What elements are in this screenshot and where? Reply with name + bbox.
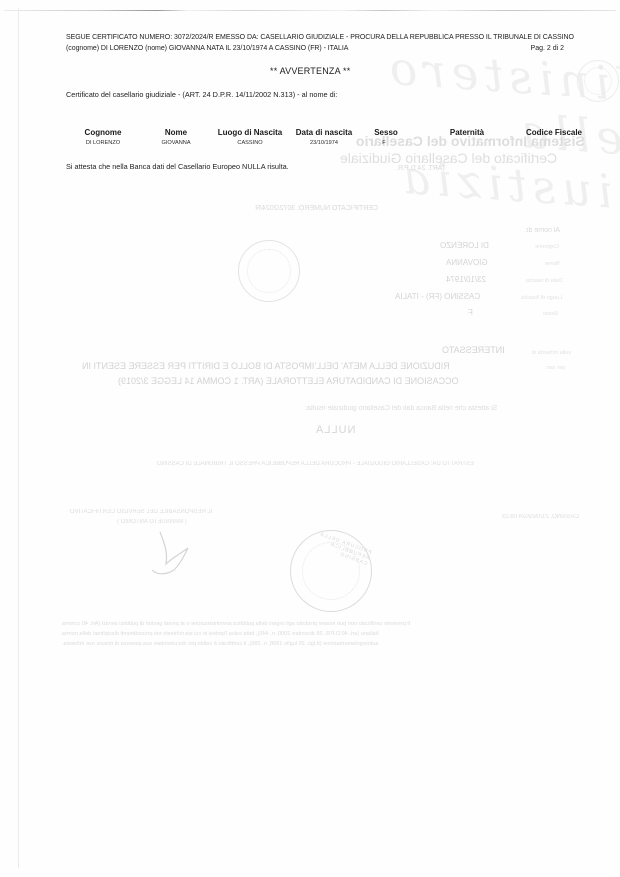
- certificate-header-line: SEGUE CERTIFICATO NUMERO: 3072/2024/R EM…: [66, 34, 574, 41]
- bleed-through-certificate-number: CERTIFICATO NUMERO: 3072/2024/R: [255, 205, 378, 212]
- bleed-through-field-value: 23/10/1974: [446, 275, 486, 284]
- bleed-through-field-label: Data di nascita: [526, 278, 562, 284]
- bleed-through-al-nome-di: Al nome di:: [525, 227, 560, 234]
- bleed-through-emblem-icon: [577, 60, 619, 102]
- bleed-through-seal-text: PROCURA DELLA REPUBBLICA · CASSINO ·: [308, 529, 372, 567]
- column-header-luogo-nascita: Luogo di Nascita: [218, 128, 282, 137]
- scanned-document-page: Ministero della Giustizia Sistema Inform…: [0, 0, 620, 877]
- warning-title: ** AVVERTENZA **: [270, 66, 350, 76]
- bleed-through-signature-icon: [150, 530, 200, 580]
- bleed-through-richiesta-label: sulla richiesta di: [532, 350, 571, 356]
- bleed-through-uso-line: OCCASIONE DI CANDIDATURA ELETTORALE (ART…: [118, 376, 459, 386]
- column-header-nome: Nome: [165, 128, 187, 137]
- column-header-sesso: Sesso: [374, 128, 398, 137]
- bleed-through-attestation: Si attesta che nella Banca dati del Case…: [305, 405, 497, 412]
- attestation-statement: Si attesta che nella Banca dati del Case…: [66, 162, 289, 171]
- bleed-through-article: (ART. 24 D.P.R.: [396, 165, 445, 172]
- cell-data-nascita: 23/10/1974: [310, 140, 338, 146]
- bleed-through-uso-label: per uso:: [545, 365, 565, 371]
- bleed-through-estratto: ESTRATTO DA: CASELLARIO GIUDIZIALE - PRO…: [157, 461, 474, 467]
- cell-cognome: DI LORENZO: [86, 140, 120, 146]
- bleed-through-field-value: DI LORENZO: [440, 241, 489, 250]
- bleed-through-official-seal-icon: PROCURA DELLA REPUBBLICA · CASSINO ·: [290, 530, 372, 612]
- column-header-codice-fiscale: Codice Fiscale: [526, 128, 582, 137]
- column-header-cognome: Cognome: [85, 128, 122, 137]
- certificate-subject-line: (cognome) DI LORENZO (nome) GIOVANNA NAT…: [66, 45, 348, 52]
- bleed-through-footnote: Italiano (art. 40 D.P.R. 28 dicembre 200…: [62, 631, 379, 637]
- bleed-through-stamp-icon: [238, 240, 300, 302]
- certificate-intro: Certificato del casellario giudiziale - …: [66, 90, 337, 99]
- scan-edge-artifact: [4, 10, 616, 11]
- bleed-through-field-value: F: [468, 308, 473, 317]
- cell-nome: GIOVANNA: [161, 140, 190, 146]
- column-header-paternita: Paternità: [450, 128, 484, 137]
- bleed-through-place-date: CASSINO, 21/05/2024 09:23: [502, 514, 579, 520]
- bleed-through-field-value: GIOVANNA: [446, 258, 488, 267]
- bleed-through-footnote: autoregolamentazione (d.lgs. 25 luglio 1…: [62, 641, 379, 647]
- bleed-through-subtitle: Certificato del Casellario Giudiziale: [340, 150, 557, 166]
- cell-luogo-nascita: CASSINO: [237, 140, 262, 146]
- bleed-through-uso-line: RIDUZIONE DELLA META' DELL'IMPOSTA DI BO…: [82, 361, 450, 371]
- bleed-through-field-label: Nome: [545, 261, 560, 267]
- bleed-through-nulla: NULLA: [315, 424, 355, 436]
- scan-edge-artifact: [18, 8, 19, 868]
- bleed-through-interessato: INTERESSATO: [442, 345, 505, 355]
- cell-sesso: F: [382, 140, 385, 146]
- bleed-through-signatory-title: IL RESPONSABILE DEL SERVIZIO CERTIFICATI…: [70, 509, 212, 515]
- page-number: Pag. 2 di 2: [531, 45, 564, 52]
- bleed-through-footnote: Il presente certificato non può essere p…: [62, 621, 410, 627]
- bleed-through-field-label: Luogo di Nascita: [521, 295, 562, 301]
- bleed-through-field-value: CASSINO (FR) - ITALIA: [395, 292, 480, 301]
- bleed-through-field-label: Cognome: [535, 244, 559, 250]
- bleed-through-signatory-name: ( MANSUETO ANTONIO ): [117, 519, 187, 525]
- bleed-through-field-label: Sesso: [543, 311, 558, 317]
- column-header-data-nascita: Data di nascita: [296, 128, 352, 137]
